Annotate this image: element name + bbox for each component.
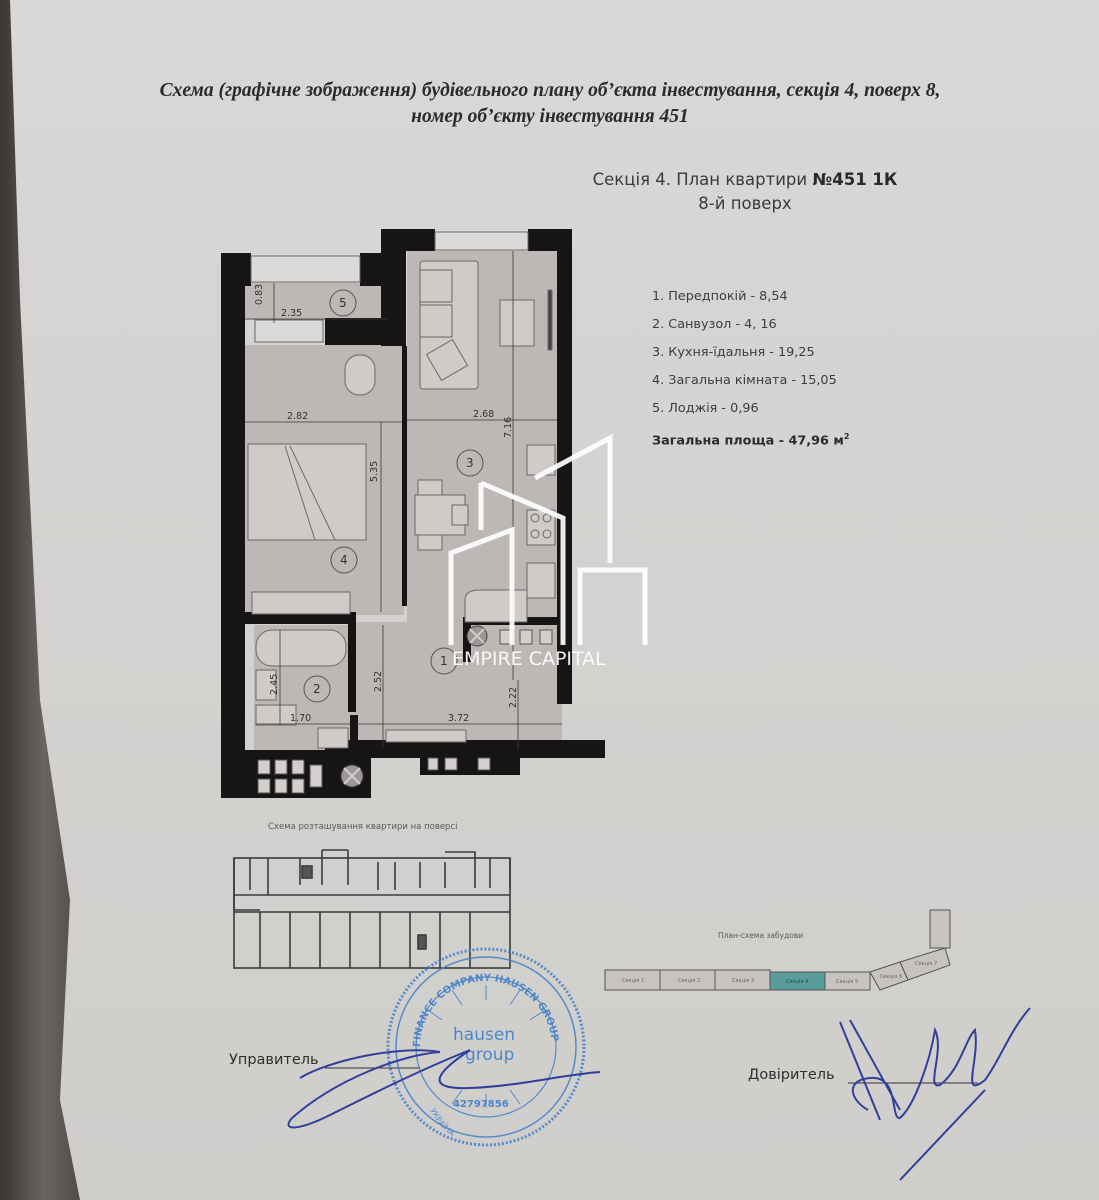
svg-text:Секція 1: Секція 1: [622, 978, 644, 984]
wardrobe: [252, 592, 350, 614]
manager-signature: [288, 1050, 600, 1127]
counter: [465, 590, 527, 622]
svg-text:Секція 5: Секція 5: [836, 979, 858, 985]
stamp-logo-group: group: [465, 1045, 514, 1065]
svg-text:3: 3: [466, 456, 474, 470]
svg-text:Секція 2: Секція 2: [678, 978, 700, 984]
floor-location-scheme: [234, 850, 510, 968]
svg-text:Секція 4: Секція 4: [786, 979, 808, 985]
svg-text:5.35: 5.35: [369, 461, 380, 482]
svg-text:Секція 7: Секція 7: [915, 961, 937, 967]
bed: [248, 444, 366, 540]
svg-text:2.68: 2.68: [473, 409, 494, 420]
stamp-country-text: УКРАЇНА: [428, 1107, 457, 1139]
manager-label: Управитель: [229, 1052, 319, 1068]
svg-text:7.16: 7.16: [503, 417, 514, 438]
shoe-cabinet: [386, 730, 466, 742]
armchair: [345, 355, 375, 395]
tv-stand: [500, 300, 534, 346]
trustor-label: Довіритель: [748, 1067, 835, 1083]
svg-text:2.52: 2.52: [373, 671, 384, 692]
svg-text:2: 2: [313, 682, 321, 696]
svg-text:0.83: 0.83: [254, 284, 265, 305]
svg-text:5: 5: [339, 296, 347, 310]
svg-text:Секція 6: Секція 6: [880, 974, 902, 980]
svg-text:1: 1: [440, 654, 448, 668]
svg-text:Секція 3: Секція 3: [732, 978, 754, 984]
svg-text:4: 4: [340, 553, 348, 567]
svg-text:2.82: 2.82: [287, 411, 308, 422]
apartment-floor-plan: 0.83 2.35 2.82 5.35 2.68 7.16 2.45 1.70 …: [0, 0, 1099, 1200]
watermark-text: EMPIRE CAPITAL: [452, 648, 606, 670]
svg-text:2.35: 2.35: [281, 308, 302, 319]
stamp-code: 42797856: [453, 1099, 509, 1110]
floor-scheme-caption: Схема розташування квартири на поверсі: [268, 822, 458, 832]
washing-machine: [318, 728, 348, 748]
stamp-logo-hausen: hausen: [453, 1025, 515, 1045]
svg-text:1.70: 1.70: [290, 713, 311, 724]
svg-text:2.45: 2.45: [269, 674, 280, 695]
trustor-signature: [840, 1008, 1030, 1180]
oven: [527, 563, 555, 598]
svg-text:2.22: 2.22: [508, 687, 519, 708]
site-plan-caption: План-схема забудови: [718, 931, 803, 940]
bathtub: [256, 630, 346, 666]
svg-text:3.72: 3.72: [448, 713, 469, 724]
